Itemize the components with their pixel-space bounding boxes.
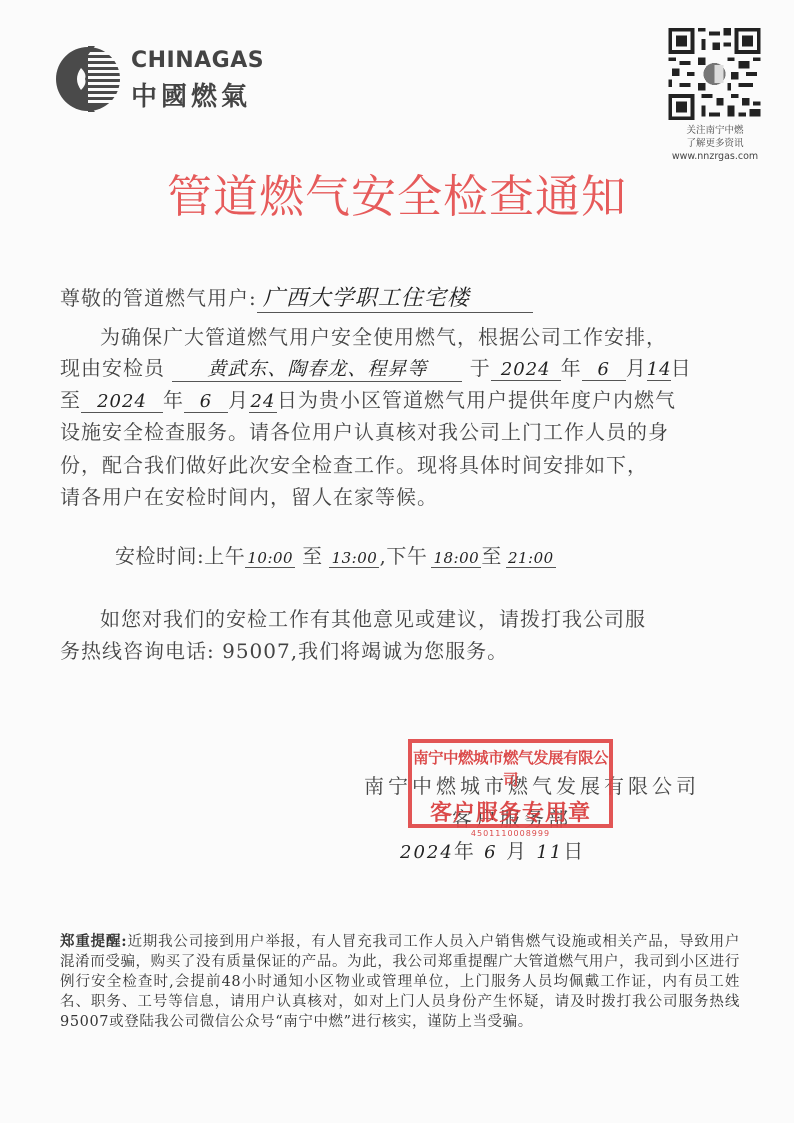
- year-label: 年: [163, 388, 184, 412]
- notice-text: 近期我公司接到用户举报，有人冒充我司工作人员入户销售燃气设施或相关产品，导致用户…: [60, 934, 740, 1030]
- para1-line6: 请各用户在安检时间内，留人在家等候。: [60, 481, 438, 510]
- salutation-line: 尊敬的管道燃气用户:广西大学职工住宅楼: [60, 281, 533, 313]
- year-label: 年: [561, 356, 582, 380]
- sign-month: 6: [484, 842, 497, 863]
- para1-line3-text: 日为贵小区管道燃气用户提供年度户内燃气: [277, 388, 676, 412]
- stamp-purpose: 客户服务专用章: [412, 796, 609, 827]
- schedule-line: 安检时间:上午10:00 至 13:00,下午18:00至21:00: [115, 540, 556, 569]
- pm-end-field[interactable]: 21:00: [506, 549, 556, 568]
- qr-code-icon[interactable]: [667, 28, 762, 120]
- month-label: 月: [626, 356, 647, 380]
- para1-line2: 现由安检员 黄武东、陶春龙、程昇等 于2024年6月14日: [60, 352, 692, 382]
- company-seal-stamp: 南宁中燃城市燃气发展有限公司 客户服务专用章 4501110008999: [408, 739, 613, 828]
- end-month-field[interactable]: 6: [184, 391, 228, 413]
- sign-day: 11: [536, 842, 563, 863]
- month-label: 月: [506, 839, 528, 863]
- para3-line1: 如您对我们的安检工作有其他意见或建议，请拨打我公司服: [100, 603, 646, 632]
- month-label: 月: [228, 388, 249, 412]
- para1-line4: 设施安全检查服务。请各位用户认真核对我公司上门工作人员的身: [60, 416, 669, 445]
- logo-english-text: CHINAGAS: [131, 48, 264, 73]
- recipient-field[interactable]: 广西大学职工住宅楼: [257, 281, 533, 313]
- para3-line2: 务热线咨询电话: 95007,我们将竭诚为您服务。: [60, 635, 508, 664]
- chinagas-logo-icon: [55, 46, 121, 112]
- inspector-label: 现由安检员: [60, 356, 165, 380]
- qr-caption: 关注南宁中燃 了解更多资讯 www.nnzrgas.com: [650, 124, 780, 163]
- end-year-field[interactable]: 2024: [81, 391, 163, 413]
- pm-label: ,下午: [379, 544, 427, 568]
- page-title: 管道燃气安全检查通知: [0, 160, 794, 225]
- stamp-company: 南宁中燃城市燃气发展有限公司: [412, 746, 609, 790]
- am-label: 上午: [204, 544, 245, 568]
- qr-caption-line2: 了解更多资讯: [650, 137, 780, 150]
- notice-label: 郑重提醒:: [60, 933, 127, 950]
- am-start-field[interactable]: 10:00: [245, 549, 295, 568]
- at-label: 于: [470, 356, 491, 380]
- start-day-field[interactable]: 14: [647, 359, 671, 381]
- salutation-label: 尊敬的管道燃气用户:: [60, 286, 257, 310]
- year-label: 年: [454, 839, 476, 863]
- schedule-label: 安检时间:: [115, 544, 204, 568]
- am-end-field[interactable]: 13:00: [329, 549, 379, 568]
- stamp-number: 4501110008999: [412, 829, 609, 838]
- sign-year: 2024: [400, 842, 454, 863]
- day-label: 日: [671, 356, 692, 380]
- inspectors-field[interactable]: 黄武东、陶春龙、程昇等: [172, 354, 462, 382]
- qr-caption-line1: 关注南宁中燃: [650, 124, 780, 137]
- start-month-field[interactable]: 6: [582, 359, 626, 381]
- warning-notice: 郑重提醒:近期我公司接到用户举报，有人冒充我司工作人员入户销售燃气设施或相关产品…: [60, 932, 740, 1032]
- end-day-field[interactable]: 24: [249, 391, 277, 413]
- para1-line1: 为确保广大管道燃气用户安全使用燃气，根据公司工作安排，: [100, 321, 667, 350]
- para1-line5: 份，配合我们做好此次安全检查工作。现将具体时间安排如下，: [60, 449, 648, 478]
- para1-line3: 至2024年6月24日为贵小区管道燃气用户提供年度户内燃气: [60, 384, 676, 413]
- start-year-field[interactable]: 2024: [491, 359, 561, 381]
- day-label: 日: [563, 839, 585, 863]
- to-label: 至: [302, 544, 323, 568]
- signature-date: 2024年 6 月 11日: [400, 835, 585, 864]
- logo-chinese-text: 中國燃氣: [131, 76, 251, 113]
- to-label: 至: [60, 388, 81, 412]
- pm-start-field[interactable]: 18:00: [431, 549, 481, 568]
- to-label: 至: [481, 544, 502, 568]
